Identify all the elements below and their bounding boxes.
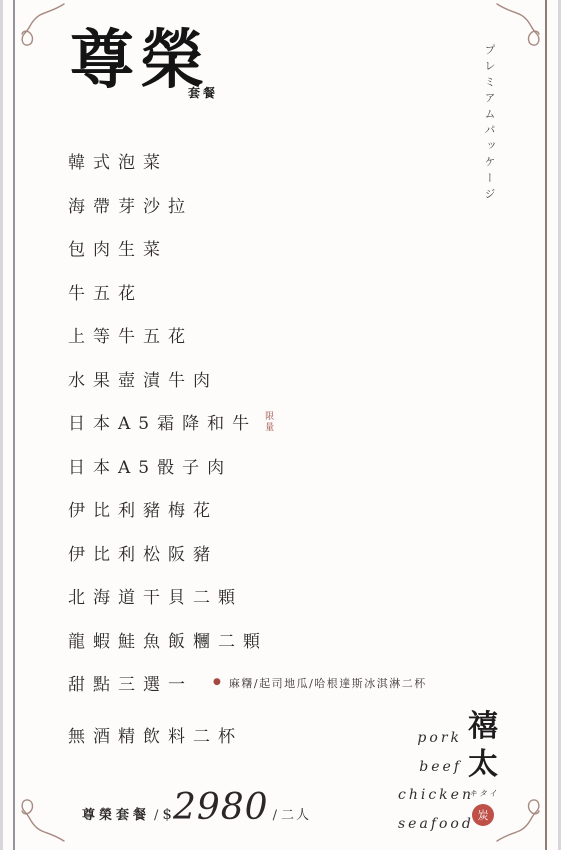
menu-item-label: 北海道干貝二顆 [68, 583, 243, 608]
menu-item-label: 甜點三選一 [68, 670, 193, 695]
separator: / [154, 808, 158, 823]
left-edge-band [0, 0, 3, 850]
charcoal-seal-icon: 炭 [472, 804, 494, 826]
left-frame-line [13, 0, 15, 850]
price-line: 尊榮套餐 / $ 2980 / 二人 [82, 790, 311, 826]
menu-item-label: 上等牛五花 [68, 322, 193, 347]
corner-flourish-icon [14, 0, 66, 52]
menu-item-label: 包肉生菜 [68, 235, 168, 260]
menu-item-label: 日本A5骰子肉 [68, 453, 232, 478]
corner-flourish-icon [495, 0, 547, 52]
menu-item: 上等牛五花 [68, 313, 488, 357]
menu-item: 韓式泡菜 [68, 139, 488, 183]
separator: / [273, 808, 277, 823]
serving-size: 二人 [281, 804, 311, 823]
right-frame-line [545, 0, 547, 850]
restaurant-logo: 禧太 [466, 708, 500, 784]
set-name: 尊榮套餐 [82, 804, 150, 823]
menu-item-label: 龍蝦鮭魚飯糰二顆 [68, 627, 268, 652]
menu-item-label: 牛五花 [68, 279, 143, 304]
menu-item-label: 韓式泡菜 [68, 148, 168, 173]
category-beef: beef [398, 753, 462, 782]
category-seafood: seafood [398, 810, 462, 839]
note-bullet-icon: ● [213, 678, 221, 687]
menu-item: 牛五花 [68, 270, 488, 314]
corner-flourish-icon [14, 788, 66, 850]
menu-item-label: 無酒精飲料二杯 [68, 722, 243, 747]
menu-item: 伊比利松阪豬 [68, 531, 488, 575]
price-value: 2980 [173, 790, 269, 826]
menu-item-label: 伊比利松阪豬 [68, 540, 218, 565]
menu-item-label: 海帶芽沙拉 [68, 192, 193, 217]
menu-item-label: 水果壺漬牛肉 [68, 366, 218, 391]
menu-item: 龍蝦鮭魚飯糰二顆 [68, 618, 488, 662]
menu-item-label: 伊比利豬梅花 [68, 496, 218, 521]
category-chicken: chicken [398, 781, 462, 810]
limited-badge: 限量 [265, 412, 277, 433]
menu-item: 水果壺漬牛肉 [68, 357, 488, 401]
menu-item: 日本A5骰子肉 [68, 444, 488, 488]
dessert-options-note: 麻糬/起司地瓜/哈根達斯冰淇淋二杯 [229, 675, 427, 691]
menu-item: 海帶芽沙拉 [68, 183, 488, 227]
category-pork: pork [398, 724, 462, 753]
menu-item: 日本A5霜降和牛 限量 [68, 400, 488, 444]
corner-flourish-icon [495, 788, 547, 850]
page-subtitle: 套餐 [188, 84, 218, 101]
menu-item: 伊比利豬梅花 [68, 487, 488, 531]
restaurant-logo-kana: キタイ [469, 788, 499, 799]
menu-item-label: 日本A5霜降和牛 [68, 409, 257, 434]
menu-item: 甜點三選一 ● 麻糬/起司地瓜/哈根達斯冰淇淋二杯 [68, 661, 488, 705]
menu-item: 包肉生菜 [68, 226, 488, 270]
menu-page: 尊榮 套餐 プレミアムパッケージ 韓式泡菜 海帶芽沙拉 包肉生菜 牛五花 上等牛… [0, 0, 561, 850]
brand-categories: pork beef chicken seafood [398, 724, 462, 838]
menu-item: 北海道干貝二顆 [68, 574, 488, 618]
menu-list: 韓式泡菜 海帶芽沙拉 包肉生菜 牛五花 上等牛五花 水果壺漬牛肉 日本A5霜降和… [68, 139, 488, 756]
currency-symbol: $ [162, 805, 172, 823]
